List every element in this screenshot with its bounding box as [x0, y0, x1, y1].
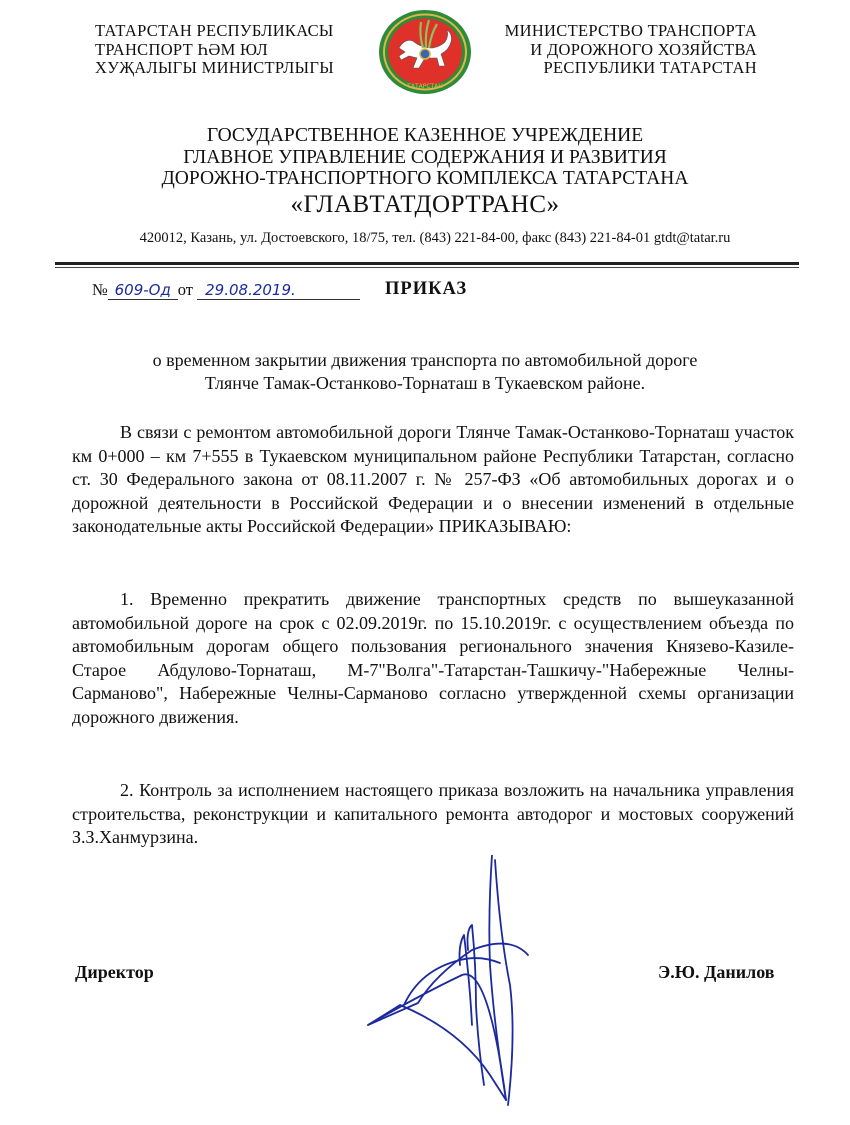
- organization-line-2: ГЛАВНОЕ УПРАВЛЕНИЕ СОДЕРЖАНИЯ И РАЗВИТИЯ: [0, 147, 850, 169]
- organization-line-3: ДОРОЖНО-ТРАНСПОРТНОГО КОМПЛЕКСА ТАТАРСТА…: [0, 168, 850, 190]
- svg-text:ТАТАРСТАН: ТАТАРСТАН: [406, 83, 443, 90]
- document-title: ПРИКАЗ: [385, 279, 467, 300]
- letterhead-russian: МИНИСТЕРСТВО ТРАНСПОРТА И ДОРОЖНОГО ХОЗЯ…: [500, 22, 757, 78]
- handwritten-signature-icon: [360, 855, 540, 1115]
- signatory-name: Э.Ю. Данилов: [658, 962, 774, 983]
- letterhead-tatar-line: ХУҖАЛЫГЫ МИНИСТРЛЫГЫ: [95, 59, 334, 78]
- order-subject: о временном закрытии движения транспорта…: [0, 349, 850, 395]
- preamble-paragraph: В связи с ремонтом автомобильной дороги …: [72, 421, 794, 539]
- organization-block: ГОСУДАРСТВЕННОЕ КАЗЕННОЕ УЧРЕЖДЕНИЕ ГЛАВ…: [0, 125, 850, 219]
- header-divider-thick: [55, 262, 799, 265]
- tatarstan-coat-of-arms-icon: ТАТАРСТАН: [375, 8, 475, 96]
- order-number-field: 609-Од: [108, 281, 178, 300]
- letterhead-russian-line: МИНИСТЕРСТВО ТРАНСПОРТА: [500, 22, 757, 41]
- organization-line-1: ГОСУДАРСТВЕННОЕ КАЗЕННОЕ УЧРЕЖДЕНИЕ: [0, 125, 850, 147]
- letterhead-tatar: ТАТАРСТАН РЕСПУБЛИКАСЫ ТРАНСПОРТ ҺӘМ ЮЛ …: [95, 22, 334, 78]
- date-label: от: [178, 280, 193, 299]
- signatory-title: Директор: [75, 962, 154, 983]
- organization-address: 420012, Казань, ул. Достоевского, 18/75,…: [0, 230, 850, 247]
- letterhead-russian-line: РЕСПУБЛИКИ ТАТАРСТАН: [500, 59, 757, 78]
- number-label: №: [92, 280, 108, 299]
- order-number-date: №609-Одот 29.08.2019.: [92, 280, 360, 300]
- order-date-field: 29.08.2019.: [197, 281, 360, 300]
- organization-name: «ГЛАВТАТДОРТРАНС»: [0, 190, 850, 219]
- letterhead-russian-line: И ДОРОЖНОГО ХОЗЯЙСТВА: [500, 41, 757, 60]
- subject-line-2: Тлянче Тамак-Останково-Торнаташ в Тукаев…: [0, 372, 850, 395]
- order-item-1: 1. Временно прекратить движение транспор…: [72, 588, 794, 729]
- letterhead-tatar-line: ТАТАРСТАН РЕСПУБЛИКАСЫ: [95, 22, 334, 41]
- order-item-2: 2. Контроль за исполнением настоящего пр…: [72, 779, 794, 850]
- subject-line-1: о временном закрытии движения транспорта…: [0, 349, 850, 372]
- header-divider-thin: [55, 267, 799, 268]
- letterhead-tatar-line: ТРАНСПОРТ ҺӘМ ЮЛ: [95, 41, 334, 60]
